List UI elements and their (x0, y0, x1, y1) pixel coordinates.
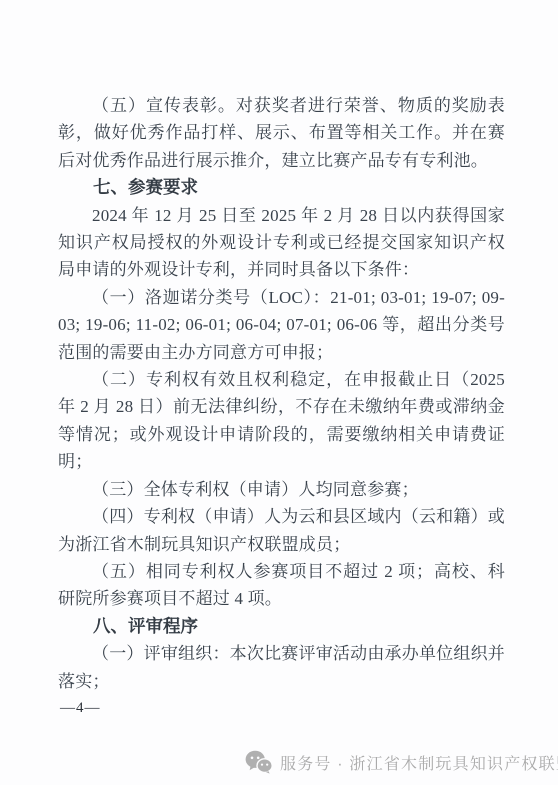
paragraph-publicity-award: （五）宣传表彰。对获奖者进行荣誉、物质的奖励表彰，做好优秀作品打样、展示、布置等… (58, 92, 505, 174)
footer-watermark-label: 服务号 · 浙江省木制玩具知识产权联盟 (280, 751, 558, 774)
paragraph-condition-1-loc: （一）洛迦诺分类号（LOC）：21-01; 03-01; 19-07; 09-0… (58, 284, 505, 366)
heading-section-8-review: 八、评审程序 (58, 613, 505, 640)
document-page: （五）宣传表彰。对获奖者进行荣誉、物质的奖励表彰，做好优秀作品打样、展示、布置等… (0, 0, 558, 785)
page-number: —4— (60, 700, 101, 717)
paragraph-condition-2-validity: （二）专利权有效且权利稳定，在申报截止日（2025 年 2 月 28 日）前无法… (58, 366, 505, 476)
paragraph-condition-3-consent: （三）全体专利权（申请）人均同意参赛； (58, 476, 505, 503)
heading-section-7-requirements: 七、参赛要求 (58, 174, 505, 201)
footer-watermark: 服务号 · 浙江省木制玩具知识产权联盟 (245, 750, 558, 774)
paragraph-condition-4-region: （四）专利权（申请）人为云和县区域内（云和籍）或为浙江省木制玩具知识产权联盟成员… (58, 503, 505, 558)
document-body: （五）宣传表彰。对获奖者进行荣誉、物质的奖励表彰，做好优秀作品打样、展示、布置等… (58, 92, 505, 695)
paragraph-review-organization: （一）评审组织：本次比赛评审活动由承办单位组织并落实； (58, 640, 505, 695)
wechat-icon (245, 750, 273, 774)
paragraph-condition-5-limit: （五）相同专利权人参赛项目不超过 2 项；高校、科研院所参赛项目不超过 4 项。 (58, 558, 505, 613)
paragraph-eligibility-intro: 2024 年 12 月 25 日至 2025 年 2 月 28 日以内获得国家知… (58, 202, 505, 284)
